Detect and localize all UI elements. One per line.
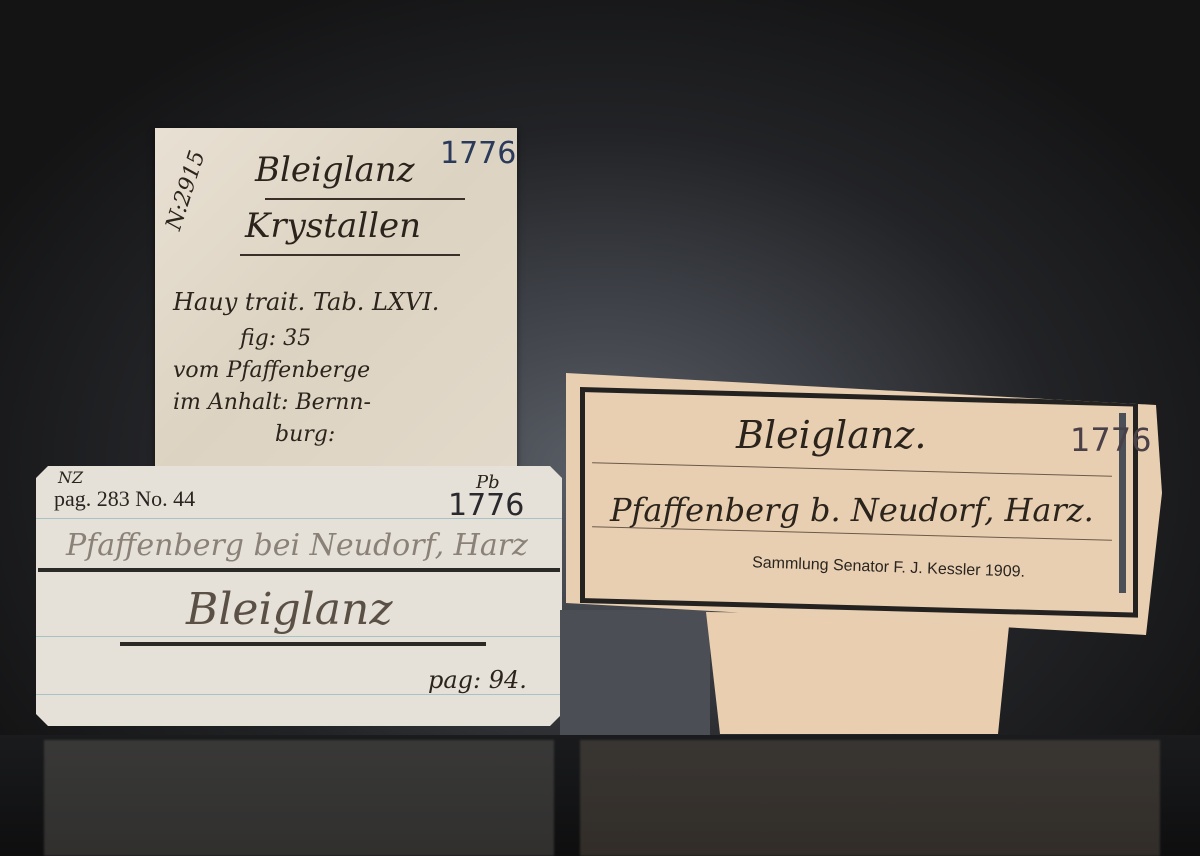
lined-card-label: NZ pag. 283 No. 44 Pb 1776 Pfaffenberg b…	[36, 466, 562, 726]
reflection-kessler	[580, 740, 1160, 856]
label-line: im Anhalt: Bernn-	[173, 390, 371, 415]
thick-rule	[120, 642, 486, 646]
old-handwritten-label: N:2915 Bleiglanz 1776 Krystallen Hauy tr…	[155, 128, 517, 468]
locality: Pfaffenberg b. Neudorf, Harz.	[610, 491, 1094, 529]
nz-mark: NZ	[58, 468, 83, 487]
mineral-name: Bleiglanz	[255, 150, 415, 190]
label-line: vom Pfaffenberge	[173, 358, 370, 383]
page-bottom: pag: 94.	[428, 666, 527, 694]
label-line: Krystallen	[245, 206, 421, 246]
locality: Pfaffenberg bei Neudorf, Harz	[66, 528, 528, 563]
label-line: burg:	[275, 422, 335, 447]
mineral-name: Bleiglanz.	[736, 413, 926, 457]
thick-rule	[38, 568, 560, 572]
label-line: Hauy trait. Tab. LXVI.	[173, 288, 439, 316]
ruled-line	[36, 694, 562, 695]
underline	[265, 198, 465, 200]
label-line: fig: 35	[240, 326, 311, 351]
catalog-number: 1776	[440, 136, 516, 171]
mineral-name: Bleiglanz	[186, 584, 393, 635]
underline	[240, 254, 460, 256]
ruled-line	[36, 636, 562, 637]
side-number: N:2915	[161, 148, 210, 234]
catalog-number: 1776	[448, 488, 524, 523]
card-stand	[706, 612, 1010, 734]
kessler-collection-label: Bleiglanz. 1776 Pfaffenberg b. Neudorf, …	[566, 373, 1162, 635]
catalog-number: 1776	[1070, 421, 1151, 459]
dark-support	[560, 610, 710, 735]
page-reference: pag. 283 No. 44	[54, 486, 195, 512]
reflection-card	[44, 740, 554, 856]
